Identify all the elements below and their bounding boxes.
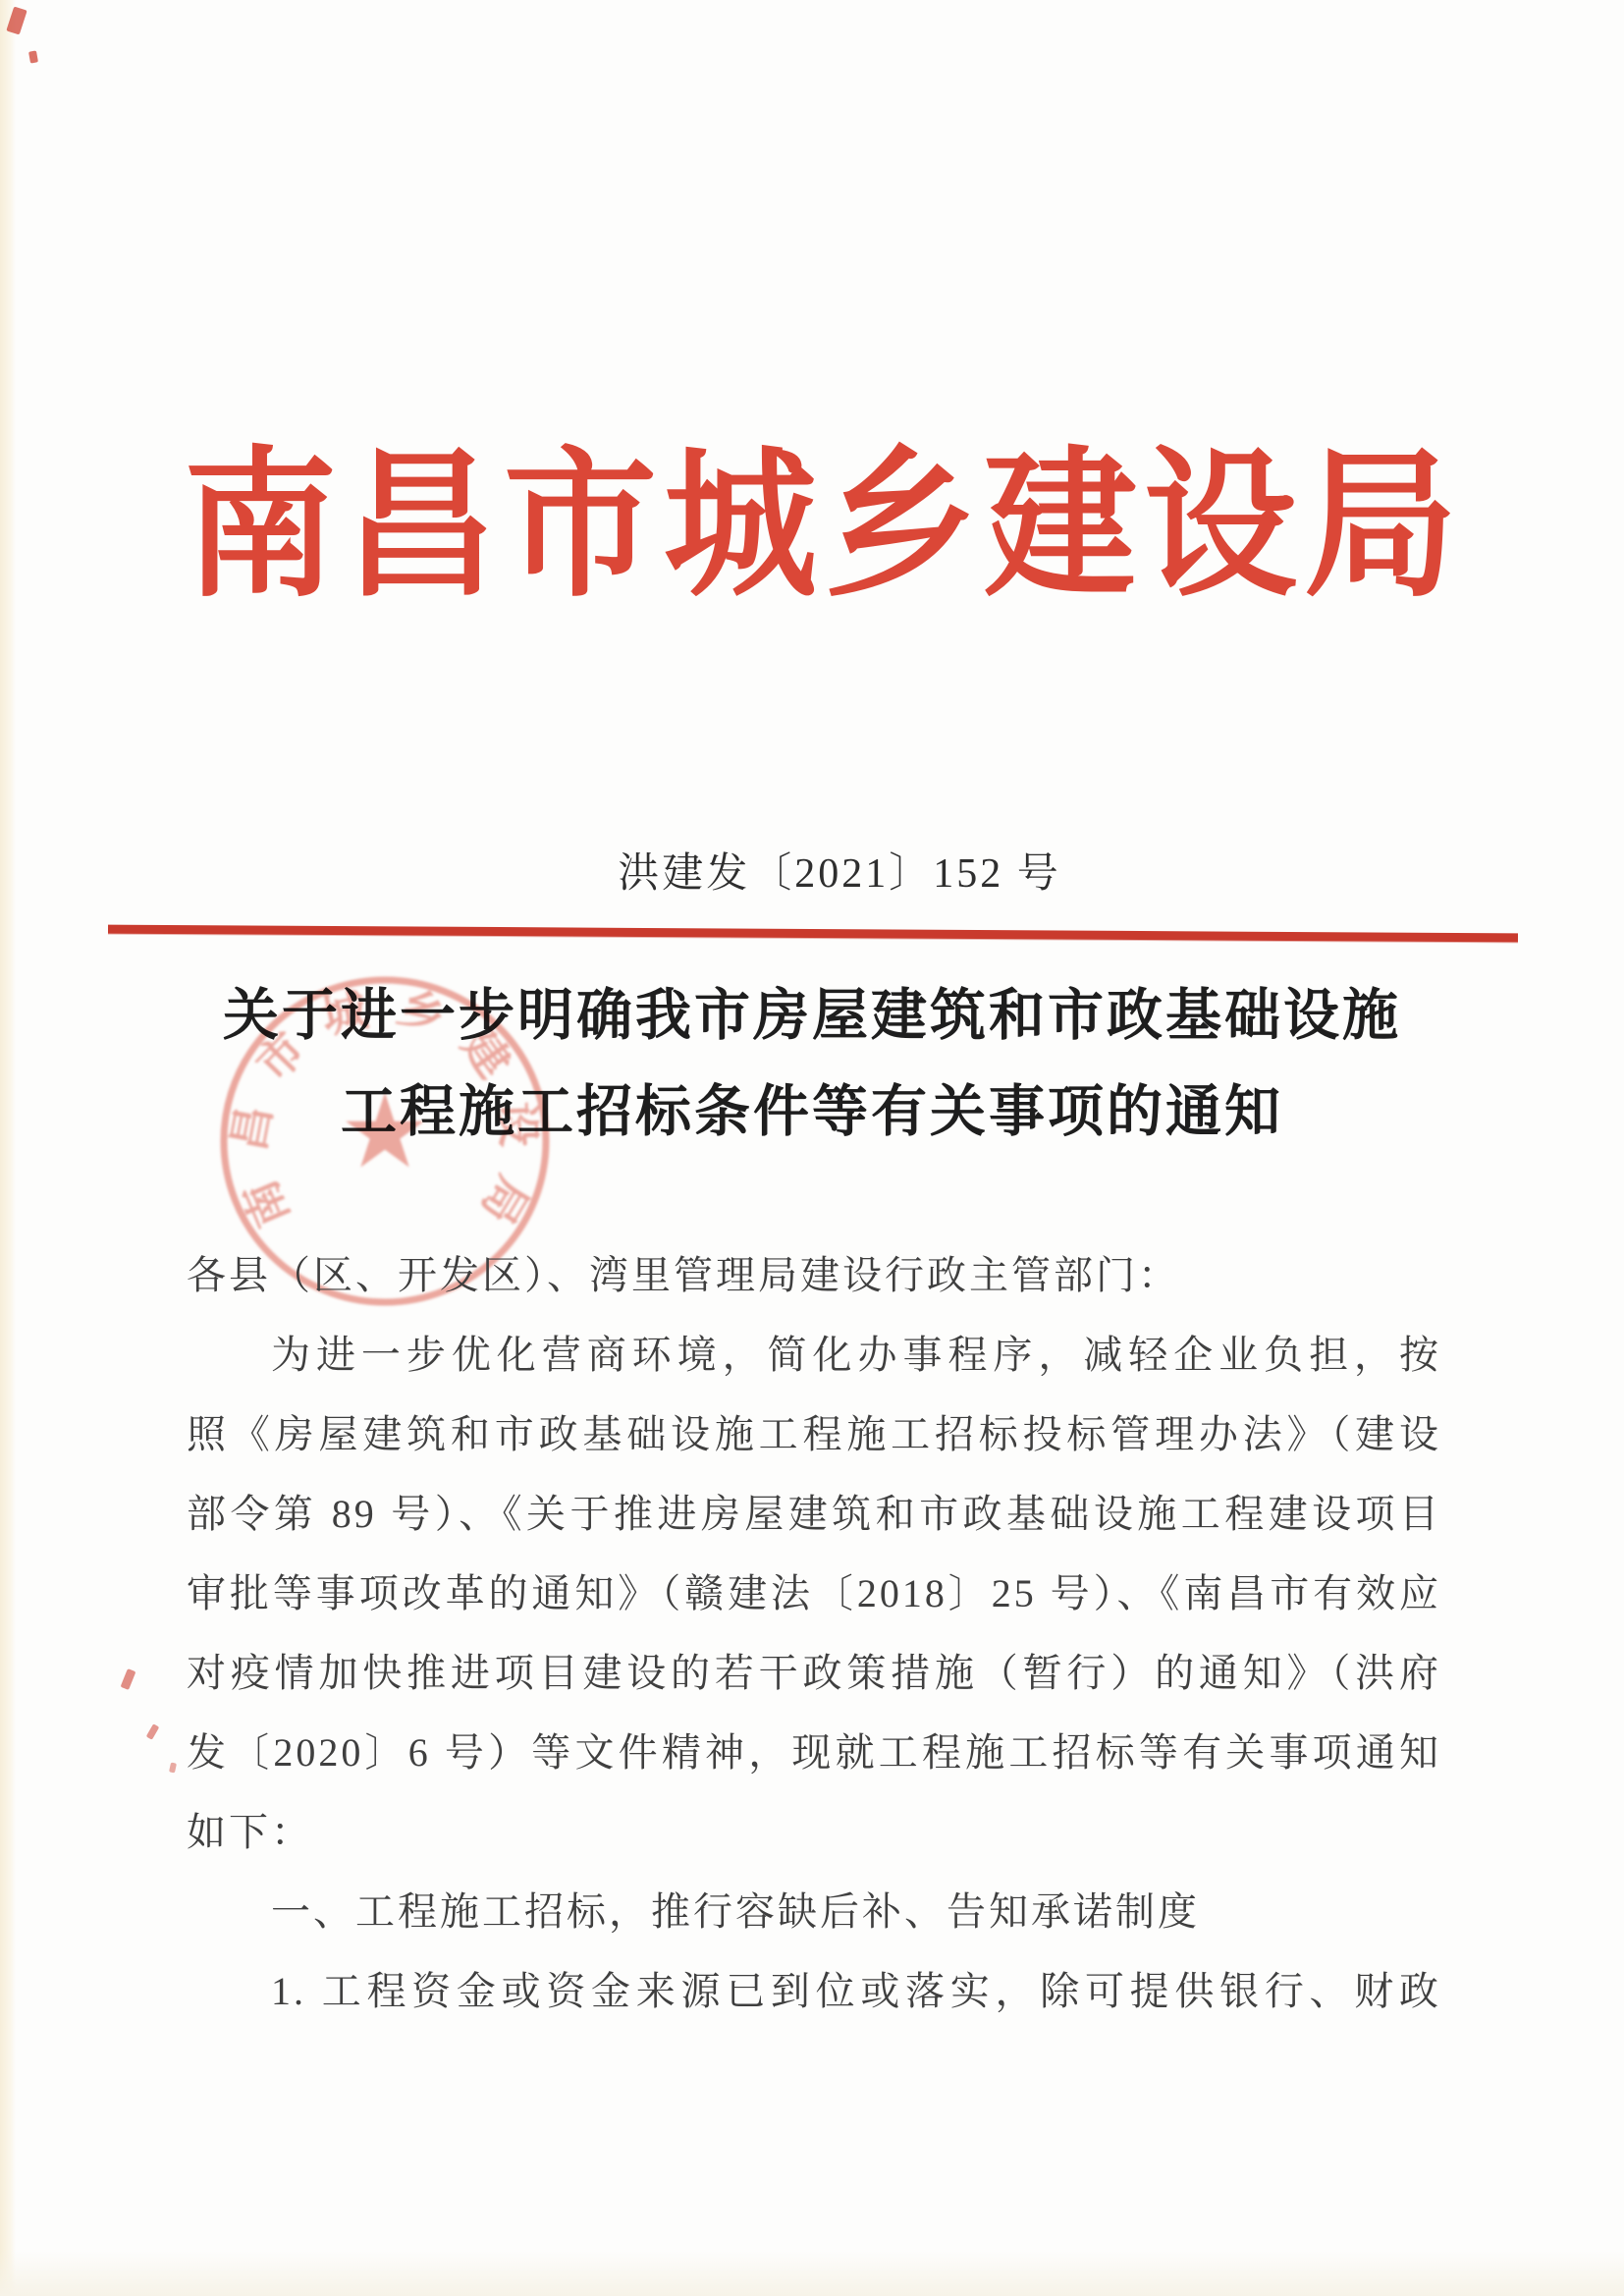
section-heading-line: 一、工程施工招标，推行容缺后补、告知承诺制度 <box>187 1872 1441 1951</box>
body-line: 1. 工程资金或资金来源已到位或落实，除可提供银行、财政 <box>187 1951 1441 2031</box>
document-body: 各县（区、开发区）、湾里管理局建设行政主管部门： 为进一步优化营商环境，简化办事… <box>187 1235 1441 2031</box>
scan-edge-artifact-left <box>0 0 16 2296</box>
document-title-line-2: 工程施工招标条件等有关事项的通知 <box>0 1066 1624 1147</box>
body-line: 如下： <box>187 1792 1441 1872</box>
red-scan-speck <box>28 50 38 63</box>
scanned-official-document-page: 南昌市城乡建设局 洪建发〔2021〕152 号 关于进一步明确我市房屋建筑和市政… <box>0 0 1624 2296</box>
red-scan-speck <box>146 1723 160 1739</box>
scan-edge-artifact-bottom <box>0 2251 1624 2296</box>
body-line: 对疫情加快推进项目建设的若干政策措施（暂行）的通知》（洪府 <box>187 1633 1441 1713</box>
red-scan-speck <box>169 1762 177 1773</box>
letterhead-org-name: 南昌市城乡建设局 <box>12 395 1624 627</box>
body-line: 部令第 89 号）、《关于推进房屋建筑和市政基础设施工程建设项目 <box>187 1474 1441 1554</box>
red-scan-speck <box>121 1668 136 1690</box>
body-line: 照《房屋建筑和市政基础设施工程施工招标投标管理办法》（建设 <box>187 1394 1441 1474</box>
body-line: 审批等事项改革的通知》（赣建法〔2018〕25 号）、《南昌市有效应 <box>187 1554 1441 1633</box>
body-line: 为进一步优化营商环境，简化办事程序，减轻企业负担，按 <box>187 1315 1441 1394</box>
body-line: 发〔2020〕6 号）等文件精神，现就工程施工招标等有关事项通知 <box>187 1713 1441 1792</box>
document-title-line-1: 关于进一步明确我市房屋建筑和市政基础设施 <box>0 970 1624 1051</box>
document-number: 洪建发〔2021〕152 号 <box>27 841 1624 900</box>
letterhead-red-rule <box>108 925 1518 943</box>
salutation-line: 各县（区、开发区）、湾里管理局建设行政主管部门： <box>187 1235 1441 1315</box>
